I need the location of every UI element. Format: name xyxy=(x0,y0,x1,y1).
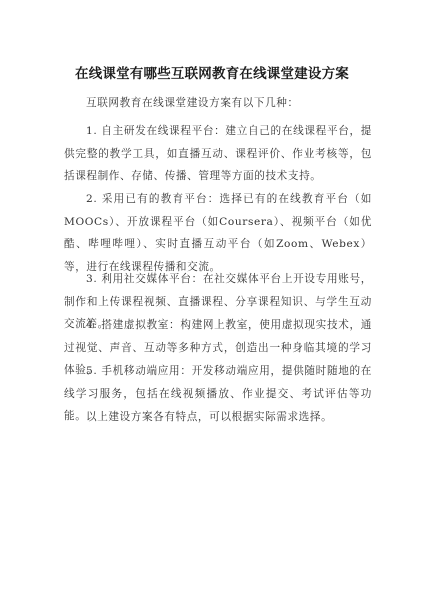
document-title: 在线课堂有哪些互联网教育在线课堂建设方案 xyxy=(0,62,424,82)
list-item-2: 2. 采用已有的教育平台：选择已有的在线教育平台（如MOOCs）、开放课程平台（… xyxy=(64,188,372,278)
intro-paragraph: 互联网教育在线课堂建设方案有以下几种： xyxy=(64,92,372,115)
document-page: 在线课堂有哪些互联网教育在线课堂建设方案 互联网教育在线课堂建设方案有以下几种：… xyxy=(0,0,424,600)
list-item-1: 1. 自主研发在线课程平台：建立自己的在线课程平台，提供完整的教学工具，如直播互… xyxy=(64,120,372,188)
conclusion-paragraph: 以上建设方案各有特点，可以根据实际需求选择。 xyxy=(64,406,372,429)
